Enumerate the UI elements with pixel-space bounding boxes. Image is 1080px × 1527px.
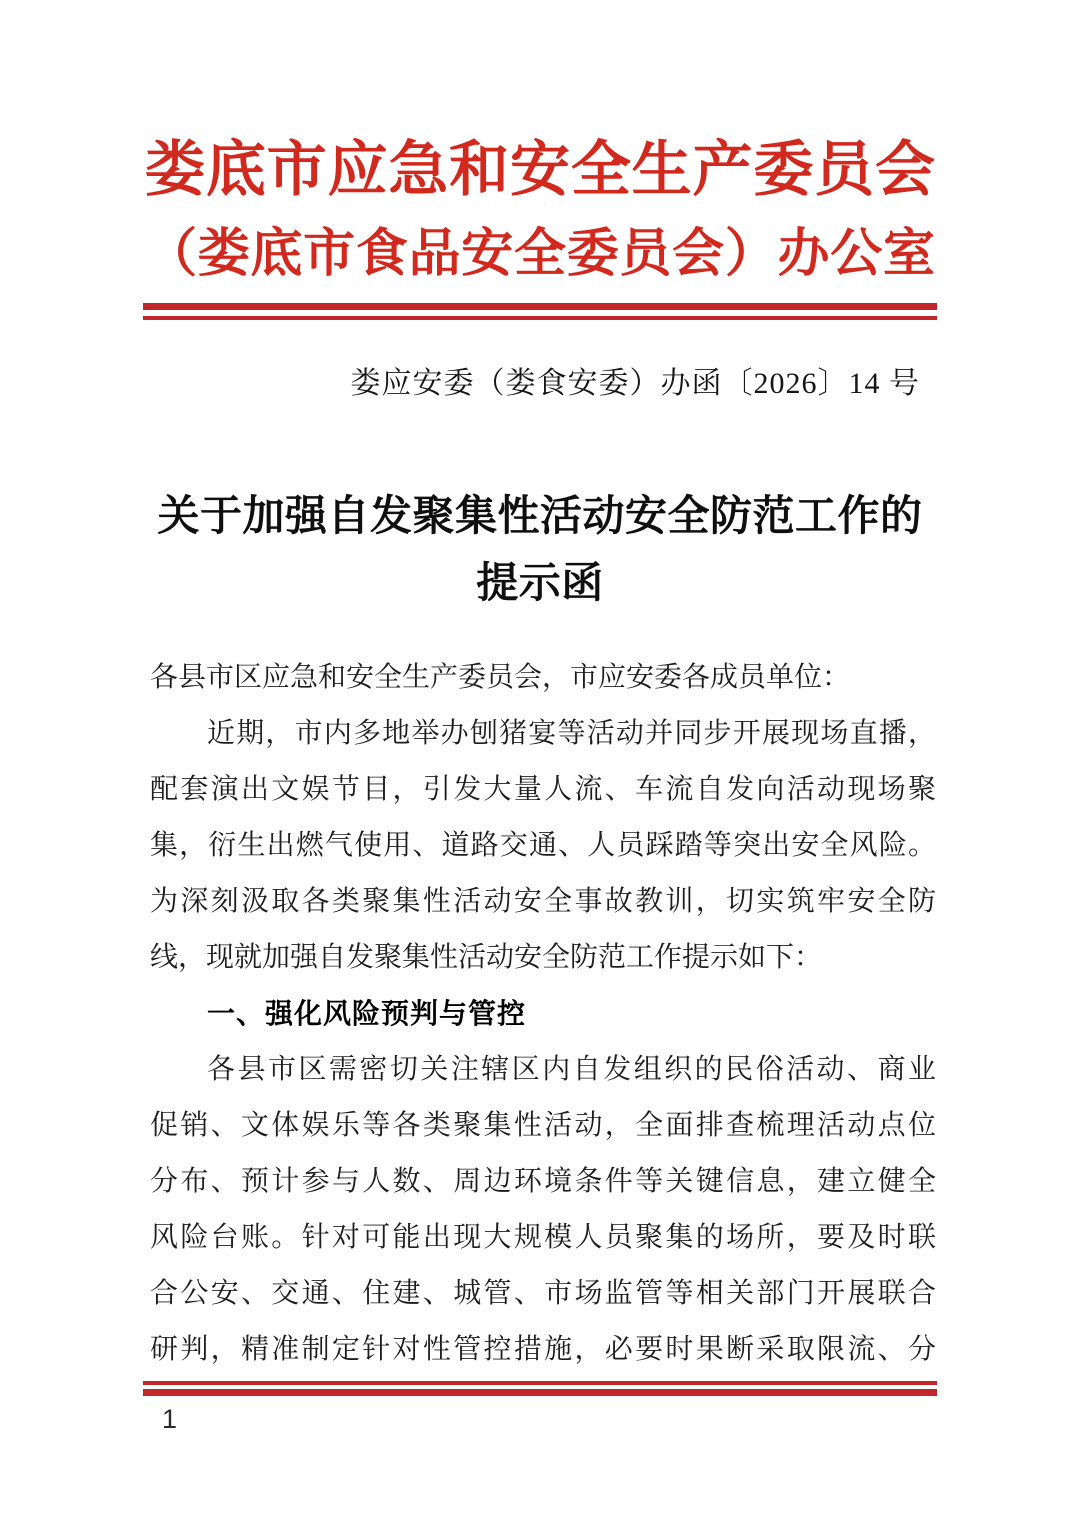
body-line: 为深刻汲取各类聚集性活动安全事故教训，切实筑牢安全防 <box>150 874 936 930</box>
body-line: 集，衍生出燃气使用、道路交通、人员踩踏等突出安全风险。 <box>150 818 936 874</box>
body-line: 促销、文体娱乐等各类聚集性活动，全面排查梳理活动点位 <box>150 1098 936 1154</box>
body-line: 分布、预计参与人数、周边环境条件等关键信息，建立健全 <box>150 1154 936 1210</box>
rule-bar <box>143 316 937 320</box>
document-title: 关于加强自发聚集性活动安全防范工作的 提示函 <box>0 487 1080 614</box>
section-heading: 一、强化风险预判与管控 <box>150 986 936 1042</box>
body-line: 线，现就加强自发聚集性活动安全防范工作提示如下： <box>150 930 936 986</box>
org-name-line-2: （娄底市食品安全委员会）办公室 <box>145 214 935 296</box>
body-line: 研判，精准制定针对性管控措施，必要时果断采取限流、分 <box>150 1322 936 1378</box>
org-name-line-1: 娄底市应急和安全生产委员会 <box>145 126 935 214</box>
title-line-2: 提示函 <box>0 554 1080 614</box>
salutation-line: 各县市区应急和安全生产委员会，市应安委各成员单位： <box>150 650 936 706</box>
rule-bar <box>143 1389 937 1396</box>
document-number: 娄应安委（娄食安委）办函〔2026〕14 号 <box>145 362 920 406</box>
header-double-rule <box>143 303 937 320</box>
body-line: 风险台账。针对可能出现大规模人员聚集的场所，要及时联 <box>150 1210 936 1266</box>
document-page: 娄底市应急和安全生产委员会 （娄底市食品安全委员会）办公室 娄应安委（娄食安委）… <box>0 0 1080 1527</box>
rule-bar <box>143 303 937 310</box>
body-line: 各县市区需密切关注辖区内自发组织的民俗活动、商业 <box>150 1042 936 1098</box>
document-body: 各县市区应急和安全生产委员会，市应安委各成员单位： 近期，市内多地举办刨猪宴等活… <box>150 650 936 1378</box>
body-line: 合公安、交通、住建、城管、市场监管等相关部门开展联合 <box>150 1266 936 1322</box>
footer-double-rule <box>143 1381 937 1396</box>
body-line: 配套演出文娱节目，引发大量人流、车流自发向活动现场聚 <box>150 762 936 818</box>
title-line-1: 关于加强自发聚集性活动安全防范工作的 <box>0 487 1080 547</box>
page-number: 1 <box>162 1401 177 1437</box>
letterhead: 娄底市应急和安全生产委员会 （娄底市食品安全委员会）办公室 <box>145 126 935 296</box>
body-line: 近期，市内多地举办刨猪宴等活动并同步开展现场直播， <box>150 706 936 762</box>
